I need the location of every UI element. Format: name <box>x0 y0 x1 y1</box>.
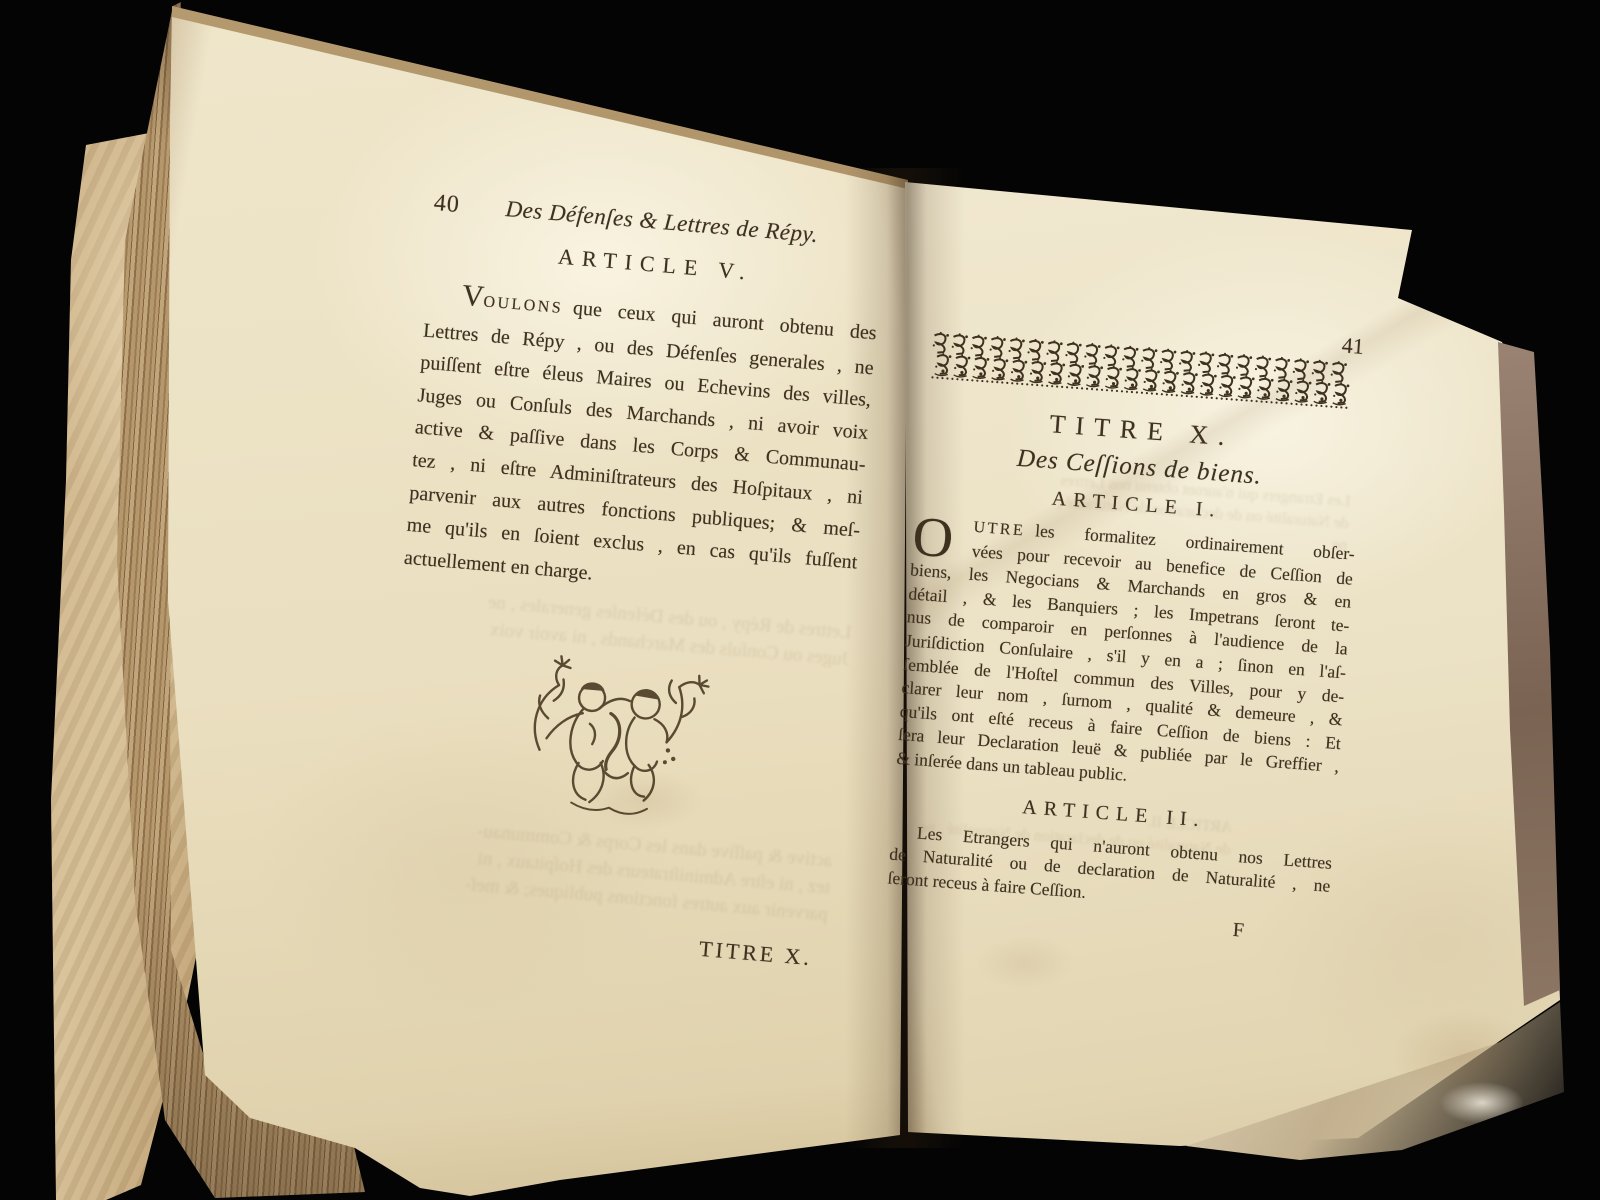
article-i-paragraph: O UTREles formalitez ordinairement obſer… <box>896 510 1356 802</box>
paper-stain <box>1390 1010 1540 1100</box>
lead-initial: V <box>461 279 485 314</box>
left-page-text: 40 Des Défenſes & Lettres de Répy. ARTIC… <box>372 190 885 973</box>
putti-woodcut-ornament <box>504 652 726 827</box>
right-page-text: Les Etrangers qui n'auront obtenu nos Le… <box>885 302 1371 949</box>
ornament-wrap <box>383 642 847 842</box>
drop-cap-O: O <box>911 511 955 564</box>
photo-of-open-book: 40 Des Défenſes & Lettres de Répy. ARTIC… <box>0 0 1600 1200</box>
paper-stain <box>975 935 1075 990</box>
lead-small-caps: UTRE <box>973 519 1026 540</box>
left-page-number: 40 <box>433 190 461 219</box>
article-v-paragraph: VOULONSque ceux qui auront obtenu des Le… <box>403 277 878 612</box>
lead-small-caps: OULONS <box>483 293 564 317</box>
